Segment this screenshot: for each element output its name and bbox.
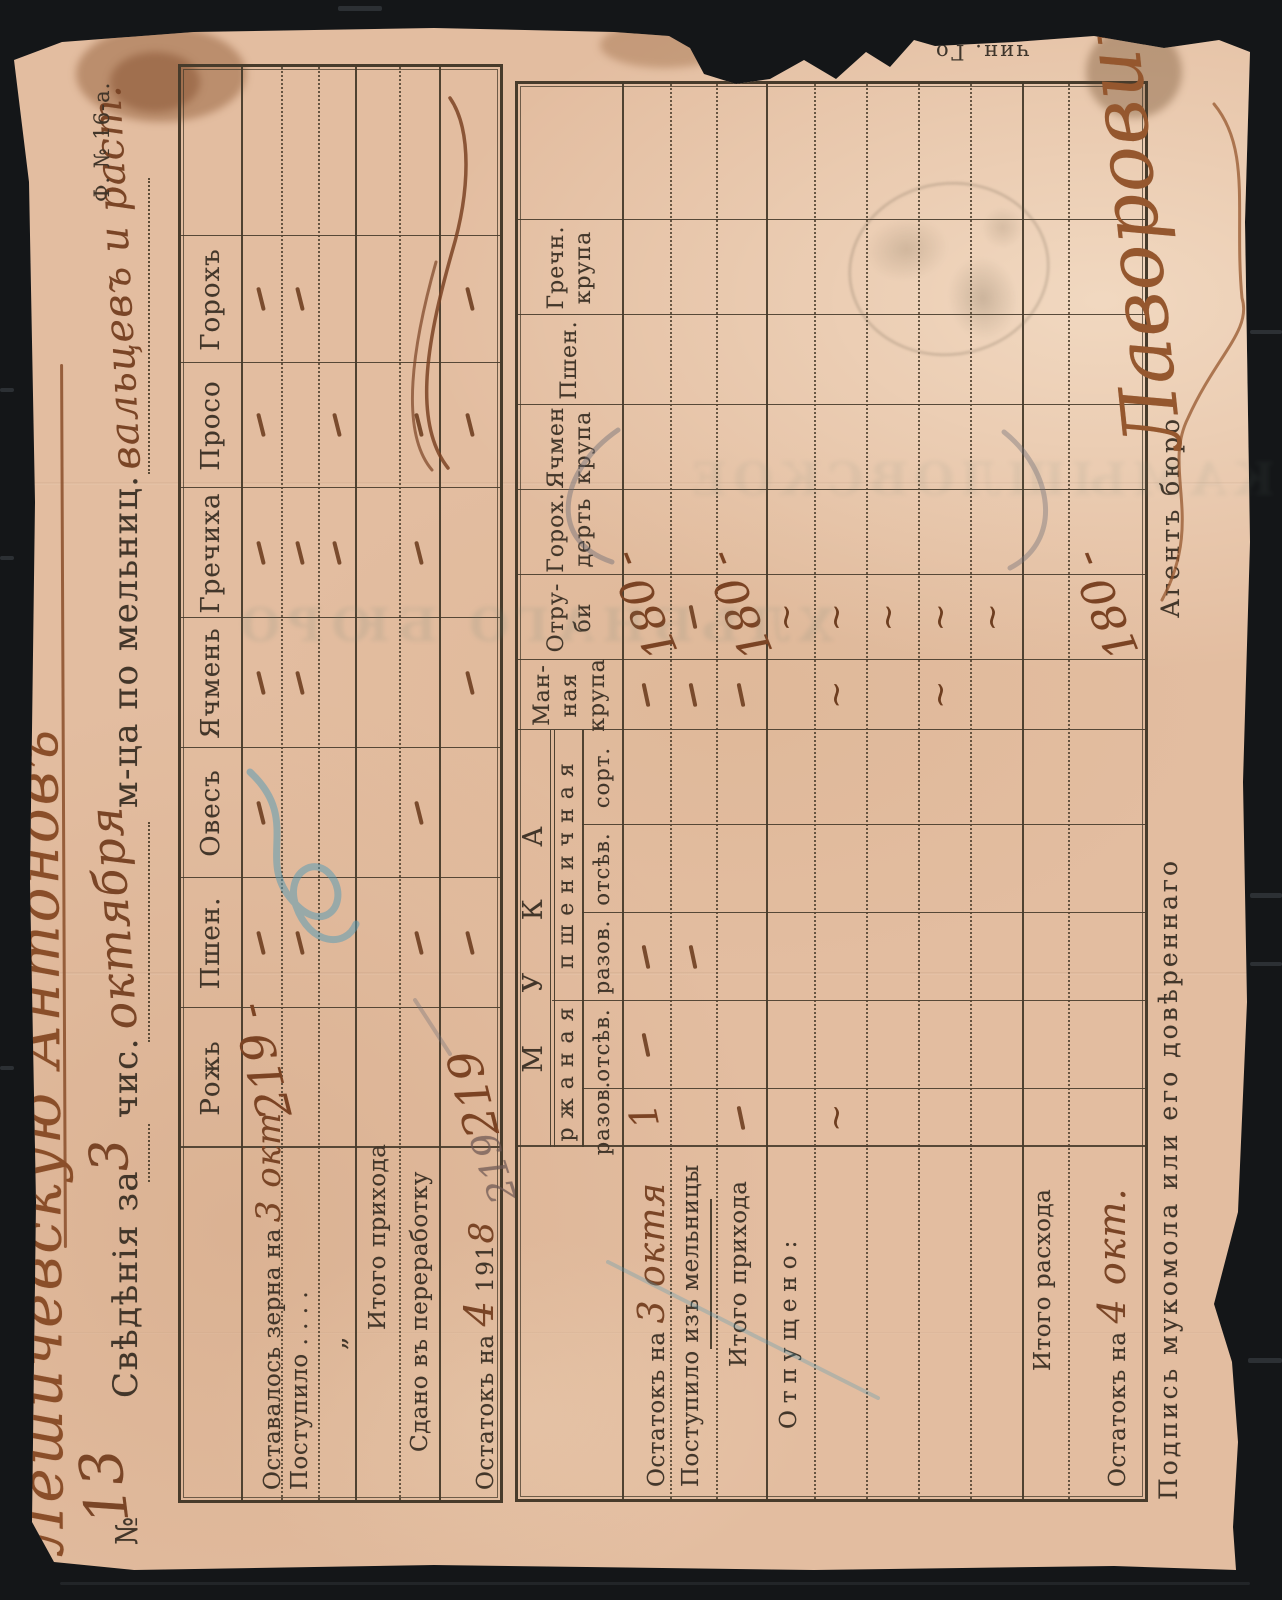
row-label: Остатокъ на4 окт. [1090, 1187, 1134, 1487]
row-label: Оставалось зерна на3 окт [249, 1112, 289, 1490]
handwritten-dash [642, 1033, 650, 1057]
handwritten-date: 3 окт [249, 1112, 289, 1222]
day-handwritten: 3 [79, 1135, 142, 1174]
row-separator [766, 84, 768, 1499]
dotted-leader [148, 1124, 150, 1182]
month-handwritten: октября [78, 804, 148, 1031]
handwritten-dash [689, 683, 697, 707]
torn-edge-text-fragment: чин. Го [934, 40, 1030, 64]
flour-subcolumn-header: сорт. [582, 730, 622, 825]
grain-column-header: Горохъ [181, 236, 241, 363]
row-label: Сдано въ переработку [407, 1171, 433, 1452]
year-printed: 191 [473, 1244, 499, 1292]
grain-column-header: Овесъ [181, 748, 241, 878]
grain-column-header: Пшен. [181, 878, 241, 1008]
flour-group-header: М У К А [518, 730, 550, 1147]
handwritten-dash [642, 683, 650, 707]
handwritten-dash [256, 931, 265, 955]
header-rule [622, 84, 624, 1499]
grain-column-header: Просо [181, 363, 241, 488]
flour-column-header: Ячмен крупа [518, 405, 622, 490]
flour-column-header: Гречн. крупа [518, 220, 622, 315]
fill-in-rule [710, 1199, 712, 1349]
row-separator [439, 67, 441, 1500]
handwritten-dash [414, 931, 423, 955]
bleedthrough-text: КАМЫШЛОВСКОЕ [686, 452, 1275, 506]
handwritten-dash [256, 671, 265, 695]
handwritten-dash [256, 413, 265, 437]
header-rule [241, 67, 243, 1500]
handwritten-dash [737, 1106, 745, 1130]
handwritten-dash [465, 931, 474, 955]
handwritten-dash [256, 541, 265, 565]
title-text-1: Свѣдѣнія за [106, 1170, 146, 1398]
row-label: Остатокъ на41918 [457, 1221, 503, 1490]
handwritten-tilde: ~ [816, 1104, 856, 1133]
row-separator [716, 84, 718, 1499]
handwritten-dash [465, 413, 474, 437]
flour-subcolumn-header: разов. [582, 1089, 622, 1147]
miller-signature-caption: Подпись мукомола или его довѣреннаго [1154, 858, 1183, 1500]
row-label-ditto: „ [322, 1336, 352, 1350]
handwritten-dash [642, 945, 650, 969]
background-slat [1250, 330, 1282, 334]
document-content: Лешичевскую Антоновъ № 13 Свѣдѣнія за 3 … [14, 22, 1250, 1570]
handwritten-tilde: ~ [972, 603, 1012, 632]
flour-column-header: Ман- ная крупа [518, 660, 622, 730]
handwritten-dash [332, 413, 341, 437]
bleedthrough-text: ХЛѢБНАГО БЮРО [232, 598, 834, 652]
handwritten-tilde: ~ [920, 681, 960, 710]
background-slat [1250, 962, 1282, 966]
handwritten-date: 3 октя [632, 1182, 673, 1324]
row-separator [814, 84, 816, 1499]
row-label: Остатокъ на3 октя [632, 1182, 673, 1487]
flour-column-header [518, 84, 622, 220]
row-separator [1068, 84, 1070, 1499]
handwritten-dash [295, 541, 304, 565]
flour-subcolumn-header: разов. [582, 913, 622, 1001]
flour-column-header: Пшен. [518, 315, 622, 405]
background-slat [0, 1066, 14, 1070]
handwritten-dash [256, 801, 265, 825]
background-slat [338, 6, 382, 11]
row-label: Итого расхода [1030, 1189, 1056, 1371]
flour-subgroup-header: п ш е н и ч н а я [552, 730, 582, 1001]
row-label: Поступило изъ мельницы [678, 1164, 704, 1487]
title-text-2: чис. [106, 1037, 146, 1118]
row-label: Отпущено: [776, 1234, 802, 1429]
handwritten-dash [332, 541, 341, 565]
dotted-leader [148, 822, 150, 1042]
flour-table: М У К Ар ж а н а яп ш е н и ч н а яразов… [515, 81, 1148, 1502]
handwritten-amount: 180 - [1059, 543, 1149, 667]
paper: Лешичевскую Антоновъ № 13 Свѣдѣнія за 3 … [14, 22, 1250, 1570]
year-handwritten: 8 [462, 1221, 502, 1244]
dotted-leader [148, 178, 150, 474]
handwritten-tilde: ~ [868, 603, 908, 632]
scanned-document-photo: Лешичевскую Антоновъ № 13 Свѣдѣнія за 3 … [0, 0, 1282, 1600]
handwritten-dash [295, 671, 304, 695]
handwritten-dash [465, 287, 474, 311]
handwritten-dash [689, 945, 697, 969]
row-label: Поступило . . . . [287, 1291, 313, 1490]
row-separator [399, 67, 401, 1500]
document-number-handwritten: 13 [66, 1444, 143, 1528]
handwritten-dash [414, 541, 423, 565]
handwritten-amount: 1 [620, 1100, 668, 1133]
column-separator [582, 1088, 1145, 1089]
background-slat [1250, 893, 1282, 898]
handwritten-date: 4 [457, 1300, 503, 1326]
title-text-3: м-ца по мельниц. [106, 475, 146, 809]
handwritten-dash [414, 413, 423, 437]
handwritten-dash [256, 287, 265, 311]
row-separator [355, 67, 357, 1500]
handwritten-date: 4 окт. [1090, 1187, 1134, 1323]
flour-subcolumn-header: отсѣв. [582, 825, 622, 913]
background-slat [1248, 1358, 1282, 1363]
row-label: Итого прихода [365, 1144, 391, 1330]
handwritten-dash [465, 671, 474, 695]
handwritten-tilde: ~ [816, 681, 856, 710]
handwritten-dash [737, 683, 745, 707]
row-separator [318, 67, 320, 1500]
handwritten-dash [295, 287, 304, 311]
row-label: Итого прихода [726, 1181, 752, 1367]
background-slat [0, 388, 14, 392]
background-slat [0, 556, 14, 560]
grain-table: РожьПшен.ОвесъЯчменьГречихаПросоГорохъОс… [178, 64, 503, 1503]
handwritten-dash [414, 801, 423, 825]
column-separator [582, 824, 1145, 825]
background-slat [60, 1582, 1250, 1585]
handwritten-dash [295, 931, 304, 955]
form-code: Ф. № 16-а. [90, 82, 114, 202]
flour-subgroup-header: р ж а н а я [552, 1001, 582, 1147]
flour-subcolumn-header: отсѣв. [582, 1001, 622, 1089]
handwritten-tilde: ~ [920, 603, 960, 632]
grain-column-header [181, 67, 241, 236]
column-separator [552, 1000, 1145, 1001]
column-separator [582, 912, 1145, 913]
